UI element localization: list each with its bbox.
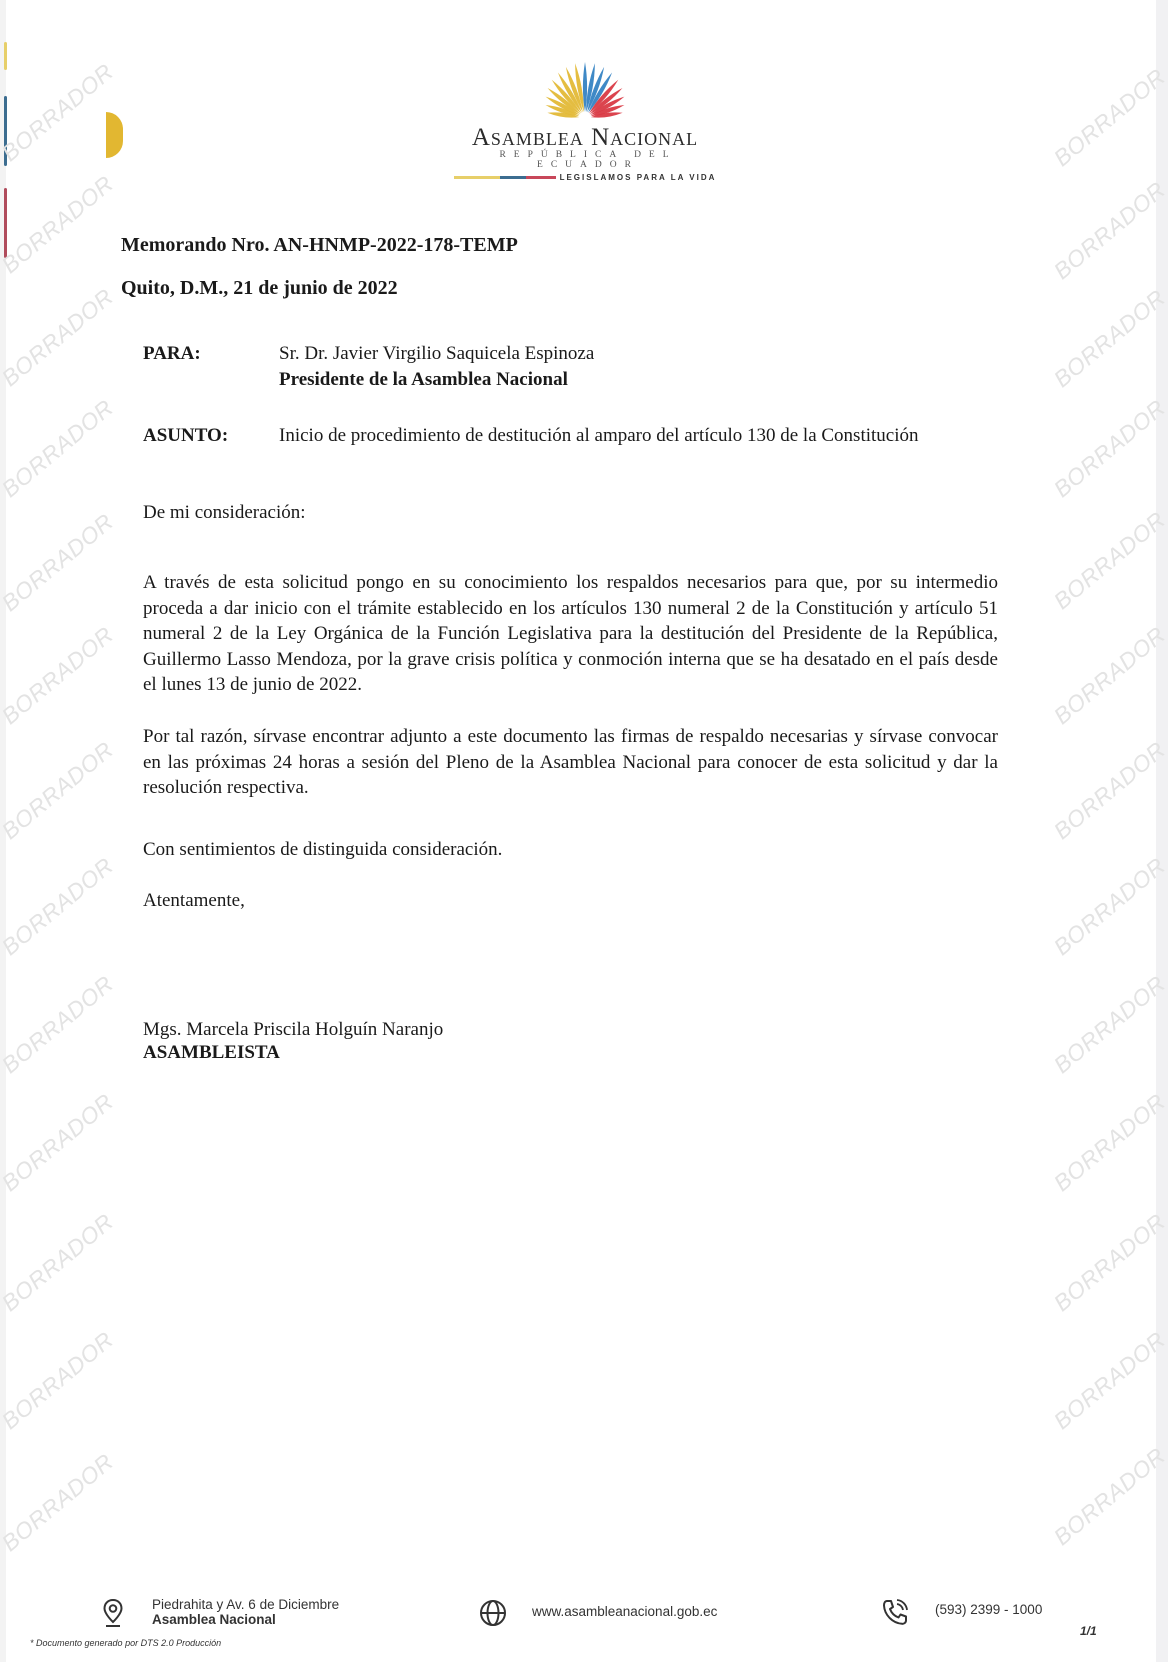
memo-date: Quito, D.M., 21 de junio de 2022 xyxy=(121,277,398,300)
org-name: Asamblea Nacional xyxy=(440,124,730,152)
page-number: 1/1 xyxy=(1080,1624,1097,1638)
signer-title: ASAMBLEISTA xyxy=(143,1041,998,1064)
watermark-borrador: BORRADOR xyxy=(0,852,119,961)
memo-number: Memorando Nro. AN-HNMP-2022-178-TEMP xyxy=(121,234,518,257)
side-bar-yellow xyxy=(4,42,7,70)
watermark-borrador: BORRADOR xyxy=(1049,970,1168,1079)
to-title: Presidente de la Asamblea Nacional xyxy=(279,369,568,391)
tagline-text: LEGISLAMOS PARA LA VIDA xyxy=(560,173,717,182)
watermark-borrador: BORRADOR xyxy=(1049,736,1168,845)
watermark-borrador: BORRADOR xyxy=(0,970,119,1079)
to-name: Sr. Dr. Javier Virgilio Saquicela Espino… xyxy=(279,343,594,365)
watermark-borrador: BORRADOR xyxy=(1049,63,1168,172)
phone-icon xyxy=(880,1598,910,1633)
watermark-borrador: BORRADOR xyxy=(1049,852,1168,961)
side-bar-red xyxy=(4,188,7,258)
watermark-borrador: BORRADOR xyxy=(1049,621,1168,730)
sunburst-logo-icon xyxy=(515,54,655,122)
tagline: LEGISLAMOS PARA LA VIDA xyxy=(440,173,730,182)
generated-note: * Documento generado por DTS 2.0 Producc… xyxy=(30,1638,221,1648)
watermark-borrador: BORRADOR xyxy=(0,1448,119,1557)
body-paragraph-2: Por tal razón, sírvase encontrar adjunto… xyxy=(143,724,998,801)
side-bar-blue xyxy=(4,96,7,166)
phone-number: (593) 2399 - 1000 xyxy=(935,1602,1042,1617)
watermark-borrador: BORRADOR xyxy=(1049,1442,1168,1551)
address-line2: Asamblea Nacional xyxy=(152,1612,276,1627)
org-subtitle: REPÚBLICA DEL ECUADOR xyxy=(440,150,730,170)
closing: Con sentimientos de distinguida consider… xyxy=(143,837,998,863)
watermark-borrador: BORRADOR xyxy=(0,394,119,503)
subject-text: Inicio de procedimiento de destitución a… xyxy=(279,425,919,447)
watermark-borrador: BORRADOR xyxy=(1049,176,1168,285)
tagline-bar-red xyxy=(526,176,556,179)
watermark-borrador: BORRADOR xyxy=(0,1326,119,1435)
address-line1: Piedrahita y Av. 6 de Diciembre xyxy=(152,1597,339,1612)
body-paragraph-1: A través de esta solicitud pongo en su c… xyxy=(143,570,998,698)
watermark-borrador: BORRADOR xyxy=(0,1208,119,1317)
watermark-borrador: BORRADOR xyxy=(0,283,119,392)
watermark-borrador: BORRADOR xyxy=(0,1088,119,1197)
watermark-borrador: BORRADOR xyxy=(1049,506,1168,615)
watermark-borrador: BORRADOR xyxy=(1049,1088,1168,1197)
page-edge-right xyxy=(1156,0,1168,1662)
watermark-borrador: BORRADOR xyxy=(0,170,119,279)
globe-icon xyxy=(479,1599,507,1632)
salutation: De mi consideración: xyxy=(143,500,998,526)
footer: Piedrahita y Av. 6 de Diciembre Asamblea… xyxy=(0,1590,1168,1650)
watermark-borrador: BORRADOR xyxy=(0,58,119,167)
subject-label: ASUNTO: xyxy=(143,425,228,447)
location-pin-icon xyxy=(102,1598,124,1633)
watermark-borrador: BORRADOR xyxy=(0,508,119,617)
signer-name: Mgs. Marcela Priscila Holguín Naranjo xyxy=(143,1018,998,1041)
watermark-borrador: BORRADOR xyxy=(0,621,119,730)
signoff: Atentamente, xyxy=(143,888,998,914)
to-label: PARA: xyxy=(143,343,201,365)
watermark-borrador: BORRADOR xyxy=(1049,1326,1168,1435)
decorative-half-disc xyxy=(106,112,123,158)
tagline-bar-yellow xyxy=(454,176,500,179)
watermark-borrador: BORRADOR xyxy=(1049,394,1168,503)
logo: Asamblea Nacional REPÚBLICA DEL ECUADOR … xyxy=(440,54,730,182)
watermark-borrador: BORRADOR xyxy=(1049,1208,1168,1317)
website-link[interactable]: www.asambleanacional.gob.ec xyxy=(532,1604,717,1619)
tagline-bar-blue xyxy=(500,176,526,179)
watermark-borrador: BORRADOR xyxy=(0,736,119,845)
watermark-borrador: BORRADOR xyxy=(1049,284,1168,393)
